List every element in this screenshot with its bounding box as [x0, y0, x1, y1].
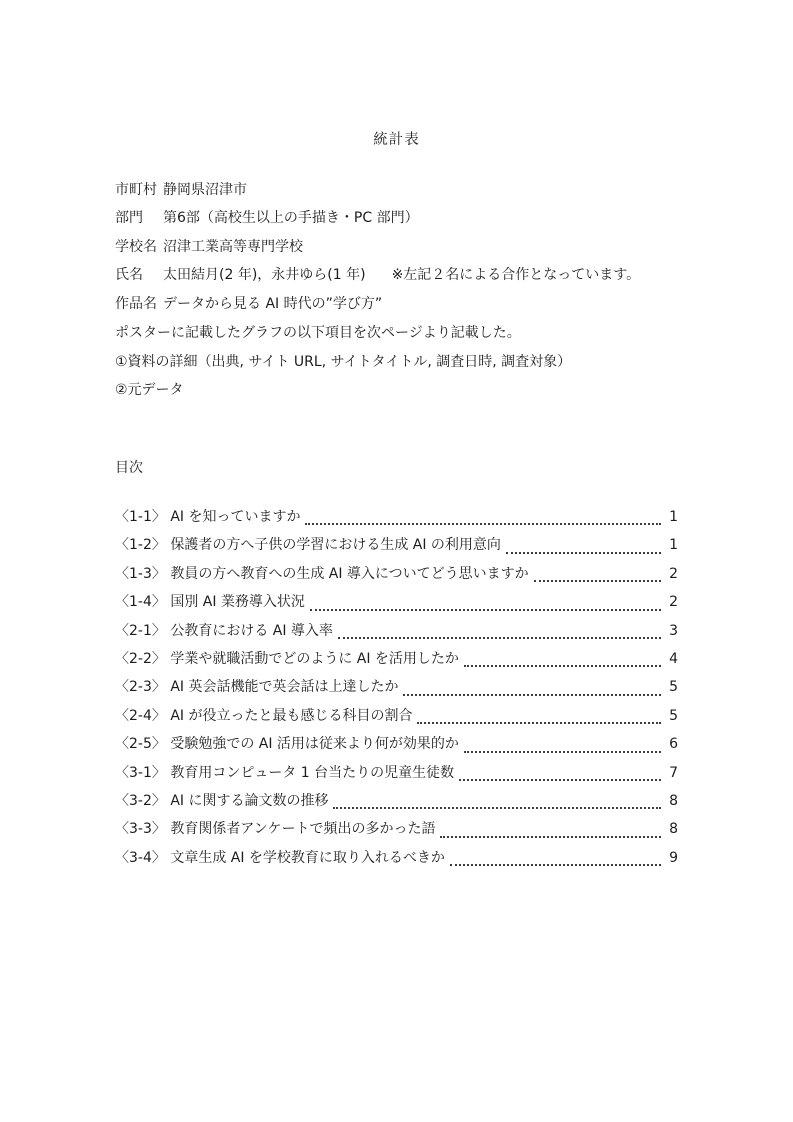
document-content: 統計表 市町村 静岡県沼津市 部門 第6部（高校生以上の手描き・PC 部門） 学…	[115, 0, 678, 872]
page-title: 統計表	[115, 126, 678, 155]
toc-page-number: 3	[664, 617, 678, 645]
toc-entry-label: 〈1-4〉 国別 AI 業務導入状況	[115, 588, 305, 616]
meta-row-division: 部門 第6部（高校生以上の手描き・PC 部門）	[115, 204, 678, 233]
toc-heading: 目次	[115, 454, 678, 483]
intro-section: ポスターに記載したグラフの以下項目を次ページより記載した。 ①資料の詳細（出典,…	[115, 319, 678, 405]
toc-page-number: 2	[664, 588, 678, 616]
toc-entry-label: 〈3-1〉 教育用コンピュータ 1 台当たりの児童生徒数	[115, 759, 454, 787]
toc-dotted-leader	[459, 759, 661, 781]
toc-dotted-leader	[333, 787, 661, 809]
intro-line-3: ②元データ	[115, 376, 678, 405]
toc-page-number: 8	[664, 787, 678, 815]
meta-row-work-title: 作品名 データから見る AI 時代の”学び方”	[115, 290, 678, 319]
meta-row-school: 学校名 沼津工業高等専門学校	[115, 233, 678, 262]
meta-label-municipality: 市町村	[115, 176, 163, 205]
meta-label-authors: 氏名	[115, 261, 163, 290]
toc-entry-3-4: 〈3-4〉 文章生成 AI を学校教育に取り入れるべきか 9	[115, 844, 678, 872]
toc-entry-1-3: 〈1-3〉 教員の方へ教育への生成 AI 導入についてどう思いますか 2	[115, 560, 678, 588]
toc-entry-3-3: 〈3-3〉 教育関係者アンケートで頻出の多かった語 8	[115, 815, 678, 843]
toc-dotted-leader	[506, 531, 661, 553]
toc-entry-1-2: 〈1-2〉 保護者の方へ子供の学習における生成 AI の利用意向 1	[115, 531, 678, 559]
toc-dotted-leader	[403, 673, 661, 695]
toc-page-number: 5	[664, 702, 678, 730]
toc-dotted-leader	[464, 645, 661, 667]
toc-entry-2-2: 〈2-2〉 学業や就職活動でどのように AI を活用したか 4	[115, 645, 678, 673]
toc-dotted-leader	[450, 844, 661, 866]
toc-entry-2-5: 〈2-5〉 受験勉強での AI 活用は従来より何が効果的か 6	[115, 730, 678, 758]
toc-page-number: 1	[664, 531, 678, 559]
toc-entry-2-3: 〈2-3〉 AI 英会話機能で英会話は上達したか 5	[115, 673, 678, 701]
toc-page-number: 7	[664, 759, 678, 787]
toc-entry-label: 〈2-4〉 AI が役立ったと最も感じる科目の割合	[115, 702, 412, 730]
toc-entry-label: 〈1-2〉 保護者の方へ子供の学習における生成 AI の利用意向	[115, 531, 501, 559]
meta-row-municipality: 市町村 静岡県沼津市	[115, 176, 678, 205]
toc-dotted-leader	[310, 588, 661, 610]
meta-label-school: 学校名	[115, 233, 163, 262]
toc-dotted-leader	[464, 730, 661, 752]
toc-dotted-leader	[338, 617, 661, 639]
toc-entry-label: 〈2-5〉 受験勉強での AI 活用は従来より何が効果的か	[115, 730, 459, 758]
toc-dotted-leader	[534, 560, 661, 582]
toc-dotted-leader	[305, 503, 661, 525]
toc-entry-label: 〈2-1〉 公教育における AI 導入率	[115, 617, 333, 645]
toc-page-number: 4	[664, 645, 678, 673]
toc-page-number: 8	[664, 815, 678, 843]
toc-entry-3-2: 〈3-2〉 AI に関する論文数の推移 8	[115, 787, 678, 815]
toc-entry-3-1: 〈3-1〉 教育用コンピュータ 1 台当たりの児童生徒数 7	[115, 759, 678, 787]
toc-entry-label: 〈3-4〉 文章生成 AI を学校教育に取り入れるべきか	[115, 844, 445, 872]
toc-entry-label: 〈2-3〉 AI 英会話機能で英会話は上達したか	[115, 673, 398, 701]
meta-row-authors: 氏名 太田結月(2 年)，永井ゆら(1 年) ※左記２名による合作となっています…	[115, 261, 678, 290]
toc-entry-2-4: 〈2-4〉 AI が役立ったと最も感じる科目の割合 5	[115, 702, 678, 730]
toc-entry-1-4: 〈1-4〉 国別 AI 業務導入状況 2	[115, 588, 678, 616]
metadata-section: 市町村 静岡県沼津市 部門 第6部（高校生以上の手描き・PC 部門） 学校名 沼…	[115, 176, 678, 319]
meta-value-division: 第6部（高校生以上の手描き・PC 部門）	[163, 204, 419, 233]
toc-dotted-leader	[440, 815, 661, 837]
toc-dotted-leader	[417, 702, 661, 724]
toc-page-number: 2	[664, 560, 678, 588]
meta-label-work-title: 作品名	[115, 290, 163, 319]
toc-section: 〈1-1〉 AI を知っていますか 1 〈1-2〉 保護者の方へ子供の学習におけ…	[115, 503, 678, 872]
meta-value-authors: 太田結月(2 年)，永井ゆら(1 年)	[163, 261, 366, 290]
toc-entry-2-1: 〈2-1〉 公教育における AI 導入率 3	[115, 617, 678, 645]
intro-line-1: ポスターに記載したグラフの以下項目を次ページより記載した。	[115, 319, 678, 348]
meta-label-division: 部門	[115, 204, 163, 233]
toc-entry-label: 〈3-3〉 教育関係者アンケートで頻出の多かった語	[115, 815, 435, 843]
toc-entry-label: 〈1-3〉 教員の方へ教育への生成 AI 導入についてどう思いますか	[115, 560, 529, 588]
toc-entry-label: 〈2-2〉 学業や就職活動でどのように AI を活用したか	[115, 645, 459, 673]
toc-page-number: 5	[664, 673, 678, 701]
meta-note-collaboration: ※左記２名による合作となっています。	[392, 261, 641, 290]
toc-entry-1-1: 〈1-1〉 AI を知っていますか 1	[115, 503, 678, 531]
toc-entry-label: 〈1-1〉 AI を知っていますか	[115, 503, 300, 531]
meta-value-school: 沼津工業高等専門学校	[163, 233, 303, 262]
toc-entry-label: 〈3-2〉 AI に関する論文数の推移	[115, 787, 328, 815]
meta-value-municipality: 静岡県沼津市	[163, 176, 247, 205]
toc-page-number: 9	[664, 844, 678, 872]
intro-line-2: ①資料の詳細（出典, サイト URL, サイトタイトル, 調査日時, 調査対象）	[115, 348, 678, 377]
toc-page-number: 1	[664, 503, 678, 531]
meta-value-work-title: データから見る AI 時代の”学び方”	[163, 290, 382, 319]
document-page: 統計表 市町村 静岡県沼津市 部門 第6部（高校生以上の手描き・PC 部門） 学…	[0, 0, 793, 1122]
toc-page-number: 6	[664, 730, 678, 758]
